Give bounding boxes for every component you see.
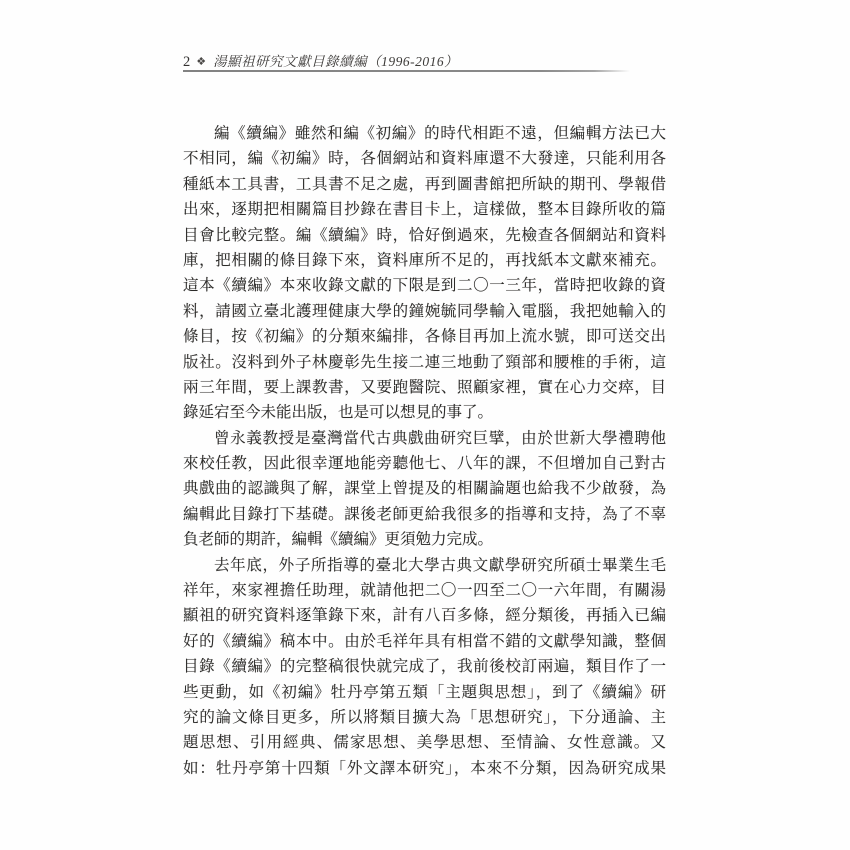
text-line: 這本《續編》本來收錄文獻的下限是到二〇一三年，當時把收錄的資	[183, 273, 666, 298]
text-line: 負老師的期許，編輯《續編》更須勉力完成。	[183, 527, 666, 552]
page-number: 2	[183, 54, 191, 70]
diamond-icon: ❖	[196, 56, 206, 68]
text-line: 編輯此目錄打下基礎。課後老師更給我很多的指導和支持，為了不辜	[183, 502, 666, 527]
scanned-book-page: 2❖湯顯祖研究文獻目錄續編（1996-2016） 編《續編》雖然和編《初編》的時…	[0, 0, 850, 850]
text-line: 顯祖的研究資料逐筆錄下來，計有八百多條，經分類後，再插入已編	[183, 603, 666, 628]
page-body: 編《續編》雖然和編《初編》的時代相距不遠，但編輯方法已大不相同，編《初編》時，各…	[183, 121, 666, 781]
paragraph-3: 去年底，外子所指導的臺北大學古典文獻學研究所碩士畢業生毛祥年，來家裡擔任助理，就…	[183, 553, 666, 782]
text-line: 去年底，外子所指導的臺北大學古典文獻學研究所碩士畢業生毛	[183, 553, 666, 578]
text-line: 庫，把相關的條目錄下來，資料庫所不足的，再找紙本文獻來補充。	[183, 248, 666, 273]
paragraph-1: 編《續編》雖然和編《初編》的時代相距不遠，但編輯方法已大不相同，編《初編》時，各…	[183, 121, 666, 426]
text-line: 種紙本工具書，工具書不足之處，再到圖書館把所缺的期刊、學報借	[183, 172, 666, 197]
text-line: 條目，按《初編》的分類來編排，各條目再加上流水號，即可送交出	[183, 324, 666, 349]
text-line: 編《續編》雖然和編《初編》的時代相距不遠，但編輯方法已大	[183, 121, 666, 146]
text-line: 兩三年間，要上課教書，又要跑醫院、照顧家裡，實在心力交瘁，目	[183, 375, 666, 400]
paragraph-2: 曾永義教授是臺灣當代古典戲曲研究巨擘，由於世新大學禮聘他來校任教，因此很幸運地能…	[183, 426, 666, 553]
text-line: 題思想、引用經典、儒家思想、美學思想、至情論、女性意識。又	[183, 730, 666, 755]
text-line: 錄延宕至今未能出版，也是可以想見的事了。	[183, 400, 666, 425]
text-line: 料，請國立臺北護理健康大學的鐘婉毓同學輸入電腦，我把她輸入的	[183, 299, 666, 324]
header-rule	[183, 70, 630, 72]
text-line: 曾永義教授是臺灣當代古典戲曲研究巨擘，由於世新大學禮聘他	[183, 426, 666, 451]
text-line: 些更動，如《初編》牡丹亭第五類「主題與思想」，到了《續編》研	[183, 680, 666, 705]
text-line: 出來，逐期把相關篇目抄錄在書目卡上，這樣做，整本目錄所收的篇	[183, 197, 666, 222]
text-line: 好的《續編》稿本中。由於毛祥年具有相當不錯的文獻學知識，整個	[183, 629, 666, 654]
running-title: 湯顯祖研究文獻目錄續編（1996-2016）	[213, 54, 458, 69]
text-line: 目錄《續編》的完整稿很快就完成了，我前後校訂兩遍，類目作了一	[183, 654, 666, 679]
text-line: 來校任教，因此很幸運地能旁聽他七、八年的課，不但增加自己對古	[183, 451, 666, 476]
text-line: 究的論文條目更多，所以將類目擴大為「思想研究」，下分通論、主	[183, 705, 666, 730]
text-line: 祥年，來家裡擔任助理，就請他把二〇一四至二〇一六年間，有關湯	[183, 578, 666, 603]
text-line: 目會比較完整。編《續編》時，恰好倒過來，先檢查各個網站和資料	[183, 223, 666, 248]
text-line: 不相同，編《初編》時，各個網站和資料庫還不大發達，只能利用各	[183, 146, 666, 171]
text-line: 版社。沒料到外子林慶彰先生接二連三地動了頸部和腰椎的手術，這	[183, 350, 666, 375]
text-line: 如：牡丹亭第十四類「外文譯本研究」，本來不分類，因為研究成果	[183, 756, 666, 781]
text-line: 典戲曲的認識與了解，課堂上曾提及的相關論題也給我不少啟發，為	[183, 476, 666, 501]
running-header: 2❖湯顯祖研究文獻目錄續編（1996-2016）	[183, 50, 665, 70]
